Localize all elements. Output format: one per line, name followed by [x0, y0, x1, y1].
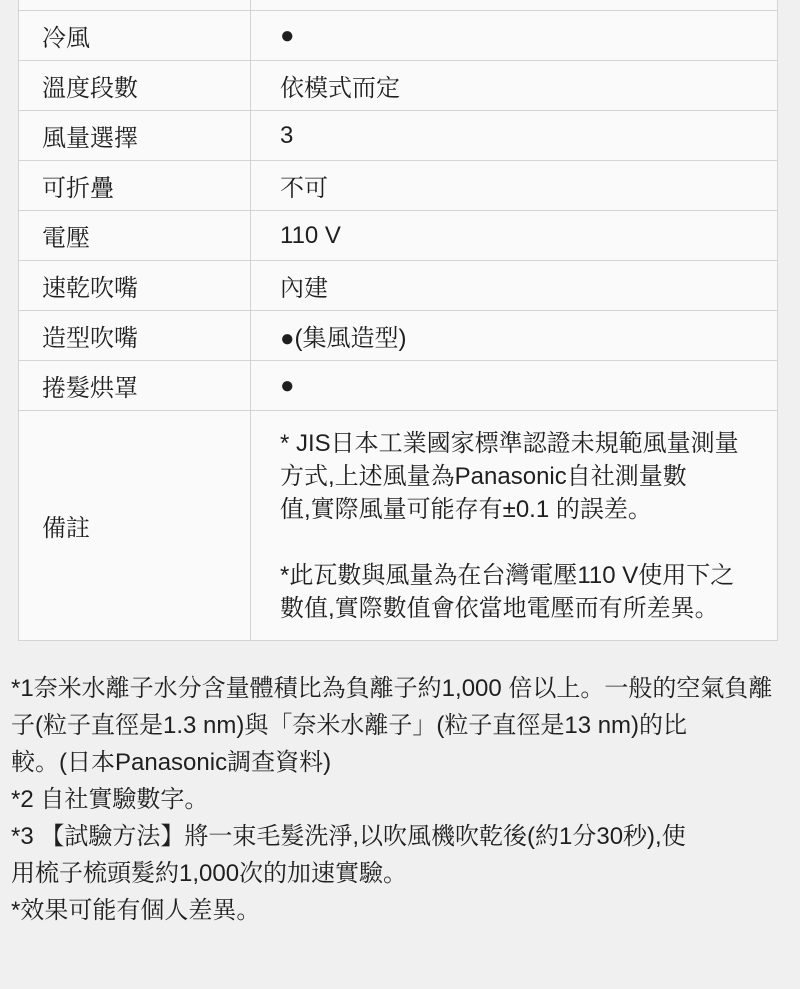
spec-label-cell: 捲髮烘罩 — [19, 361, 251, 411]
table-row: 冷風 ● — [19, 11, 778, 61]
clipped-top-row — [19, 0, 778, 11]
spec-label-cell: 造型吹嘴 — [19, 311, 251, 361]
spec-value-cell: 內建 — [251, 261, 778, 311]
spec-value-cell: 依模式而定 — [251, 61, 778, 111]
table-row: 速乾吹嘴 內建 — [19, 261, 778, 311]
spec-value-cell: 不可 — [251, 161, 778, 211]
spec-label-cell: 溫度段數 — [19, 61, 251, 111]
product-spec-page: 冷風 ● 溫度段數 依模式而定 風量選擇 3 可折疊 不可 電壓 110 V 速… — [0, 0, 800, 989]
spec-label-cell: 速乾吹嘴 — [19, 261, 251, 311]
footnotes-block: *1奈米水離子水分含量體積比為負離子約1,000 倍以上。一般的空氣負離 子(粒… — [11, 670, 794, 929]
table-row: 造型吹嘴 ●(集風造型) — [19, 311, 778, 361]
notes-row: 備註 * JIS日本工業國家標準認證未規範風量測量 方式,上述風量為Panaso… — [19, 411, 778, 641]
spec-value-cell: 3 — [251, 111, 778, 161]
notes-label-cell: 備註 — [19, 411, 251, 641]
spec-label-cell: 可折疊 — [19, 161, 251, 211]
spec-value-cell: ● — [251, 11, 778, 61]
footnote-4: *效果可能有個人差異。 — [11, 892, 794, 929]
spec-label-cell: 電壓 — [19, 211, 251, 261]
footnote-1: *1奈米水離子水分含量體積比為負離子約1,000 倍以上。一般的空氣負離 子(粒… — [11, 670, 794, 781]
footnote-2: *2 自社實驗數字。 — [11, 781, 794, 818]
spec-value-cell: 110 V — [251, 211, 778, 261]
spec-value-cell: ●(集風造型) — [251, 311, 778, 361]
table-row: 捲髮烘罩 ● — [19, 361, 778, 411]
notes-paragraph-2: *此瓦數與風量為在台灣電壓110 V使用下之 數值,實際數值會依當地電壓而有所差… — [280, 559, 759, 625]
spec-label-cell — [19, 0, 251, 11]
footnote-3: *3 【試驗方法】將一束毛髮洗淨,以吹風機吹乾後(約1分30秒),使 用梳子梳頭… — [11, 818, 794, 892]
table-row: 溫度段數 依模式而定 — [19, 61, 778, 111]
notes-value-cell: * JIS日本工業國家標準認證未規範風量測量 方式,上述風量為Panasonic… — [251, 411, 778, 641]
spec-label-cell: 風量選擇 — [19, 111, 251, 161]
spec-value-cell: ● — [251, 361, 778, 411]
spec-label-cell: 冷風 — [19, 11, 251, 61]
spec-table: 冷風 ● 溫度段數 依模式而定 風量選擇 3 可折疊 不可 電壓 110 V 速… — [18, 0, 778, 641]
table-row: 風量選擇 3 — [19, 111, 778, 161]
spec-value-cell — [251, 0, 778, 11]
table-row: 電壓 110 V — [19, 211, 778, 261]
notes-paragraph-1: * JIS日本工業國家標準認證未規範風量測量 方式,上述風量為Panasonic… — [280, 427, 759, 526]
table-row: 可折疊 不可 — [19, 161, 778, 211]
